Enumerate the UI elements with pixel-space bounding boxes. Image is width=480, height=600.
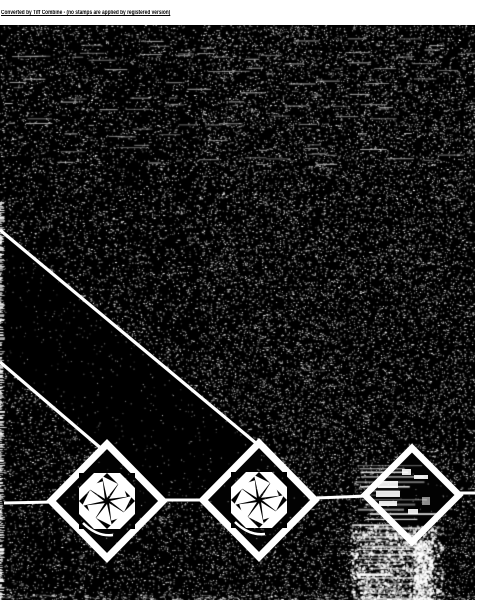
column-glow-noise-layer (0, 25, 475, 600)
watermark-text: Converted by Tiff Combine - (no stamps a… (1, 10, 170, 17)
halftone-photo (0, 25, 475, 600)
scanned-tiff-page: { "watermark": { "text": "Converted by T… (0, 0, 480, 600)
converter-watermark-bar: Converted by Tiff Combine - (no stamps a… (1, 1, 479, 25)
